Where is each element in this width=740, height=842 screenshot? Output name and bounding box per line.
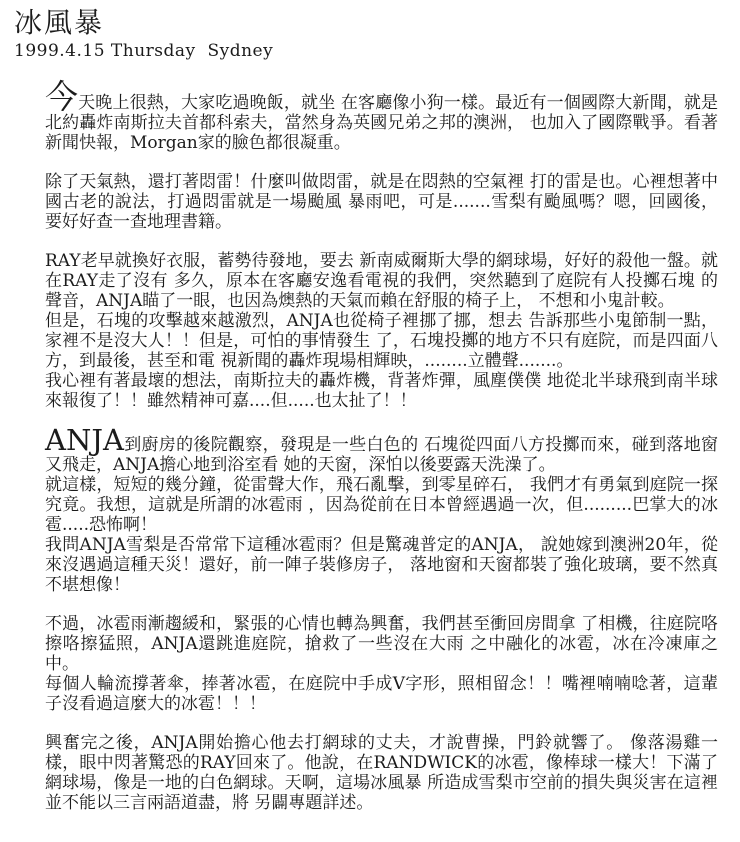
paragraph-5: 不過，冰雹雨漸趨緩和，緊張的心情也轉為興奮，我們甚至衝回房間拿 了相機，往庭院咯… — [45, 614, 718, 714]
paragraph-6-text: 興奮完之後，ANJA開始擔心他去打網球的丈夫，才說曹操，門鈴就響了。 像落湯雞一… — [45, 733, 718, 813]
dropcap-anja: ANJA — [45, 423, 124, 457]
dropcap-today: 今 — [45, 77, 78, 116]
paragraph-5-line-2: 每個人輪流撐著傘，捧著冰雹，在庭院中手成V字形，照相留念！！嘴裡喃喃唸著，這輩子… — [45, 674, 718, 714]
paragraph-3: RAY老早就換好衣服，蓄勢待發地，要去 新南威爾斯大學的網球場，好好的殺他一盤。… — [45, 251, 718, 411]
document-date: 1999.4.15 Thursday Sydney — [14, 41, 718, 61]
paragraph-2-text: 除了天氣熱，還打著悶雷！什麼叫做悶雷，就是在悶熱的空氣裡 打的雷是也。心裡想著中… — [45, 172, 718, 232]
paragraph-6: 興奮完之後，ANJA開始擔心他去打網球的丈夫，才說曹操，門鈴就響了。 像落湯雞一… — [45, 733, 718, 813]
document-title: 冰風暴 — [14, 8, 718, 39]
paragraph-2: 除了天氣熱，還打著悶雷！什麼叫做悶雷，就是在悶熱的空氣裡 打的雷是也。心裡想著中… — [45, 172, 718, 232]
paragraph-3-line-3: 我心裡有著最壞的想法，南斯拉夫的轟炸機，背著炸彈，風塵僕僕 地從北半球飛到南半球… — [45, 371, 718, 411]
paragraph-4-line-3: 我問ANJA雪梨是否常常下這種冰雹雨？但是驚魂普定的ANJA， 說她嫁到澳洲20… — [45, 535, 718, 595]
document-page: 冰風暴 1999.4.15 Thursday Sydney 今天晚上很熱，大家吃… — [0, 0, 740, 842]
paragraph-4-text: 到廚房的後院觀察，發現是一些白色的 石塊從四面八方投擲而來，碰到落地窗又飛走，A… — [45, 435, 718, 475]
document-body: 今天晚上很熱，大家吃過晚飯，就坐 在客廳像小狗一樣。最近有一個國際大新聞，就是 … — [45, 87, 718, 813]
paragraph-3-line-1: RAY老早就換好衣服，蓄勢待發地，要去 新南威爾斯大學的網球場，好好的殺他一盤。… — [45, 251, 718, 311]
paragraph-1-text: 天晚上很熱，大家吃過晚飯，就坐 在客廳像小狗一樣。最近有一個國際大新聞，就是 北… — [45, 93, 718, 153]
paragraph-4-line-2: 就這樣，短短的幾分鐘，從雷聲大作，飛石亂擊，到零星碎石， 我們才有勇氣到庭院一探… — [45, 475, 718, 535]
paragraph-3-line-2: 但是，石塊的攻擊越來越激烈，ANJA也從椅子裡挪了挪，想去 告訴那些小鬼節制一點… — [45, 311, 718, 371]
paragraph-1: 今天晚上很熱，大家吃過晚飯，就坐 在客廳像小狗一樣。最近有一個國際大新聞，就是 … — [45, 87, 718, 153]
paragraph-4-line-1: ANJA到廚房的後院觀察，發現是一些白色的 石塊從四面八方投擲而來，碰到落地窗又… — [45, 430, 718, 475]
paragraph-4: ANJA到廚房的後院觀察，發現是一些白色的 石塊從四面八方投擲而來，碰到落地窗又… — [45, 430, 718, 595]
paragraph-5-line-1: 不過，冰雹雨漸趨緩和，緊張的心情也轉為興奮，我們甚至衝回房間拿 了相機，往庭院咯… — [45, 614, 718, 674]
